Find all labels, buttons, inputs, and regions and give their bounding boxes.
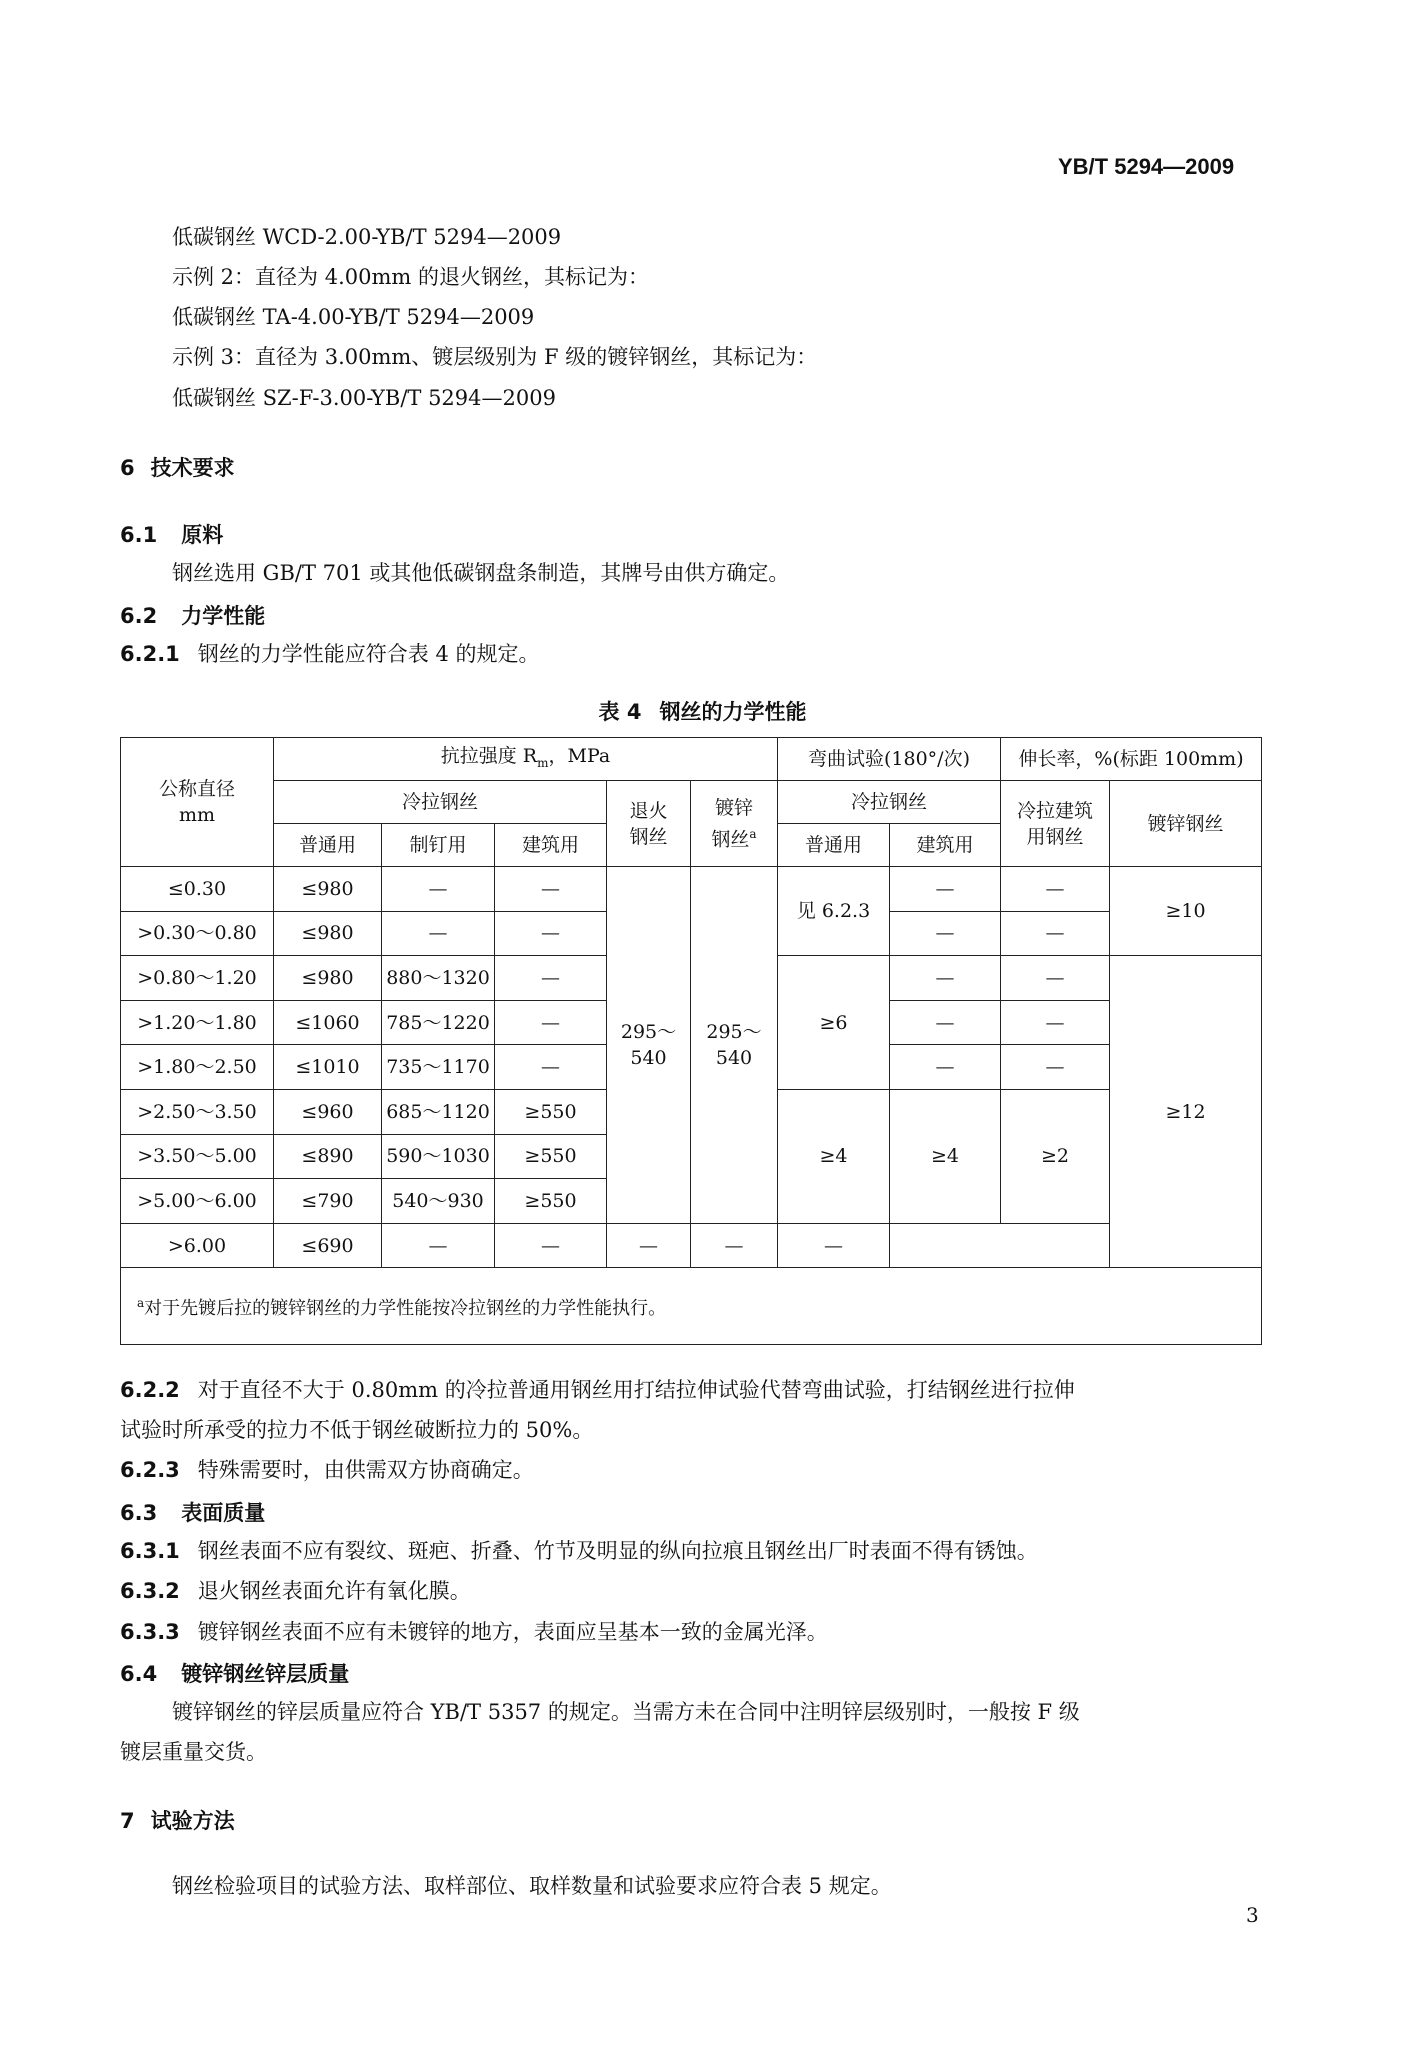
- header-construction: 建筑用: [495, 824, 607, 867]
- cell-bend-construction: —: [890, 1000, 1001, 1045]
- header-diameter: 公称直径mm: [121, 738, 274, 867]
- section-6-1-body: 钢丝选用 GB/T 701 或其他低碳钢盘条制造，其牌号由供方确定。: [172, 559, 789, 587]
- section-7-heading: 7试验方法: [120, 1805, 235, 1835]
- section-6-1-heading: 6.1原料: [120, 519, 223, 549]
- table-row: >6.00 ≤690 — — — — —: [121, 1223, 1262, 1268]
- cell-bend-construction: —: [890, 956, 1001, 1001]
- section-6-4-heading: 6.4镀锌钢丝锌层质量: [120, 1658, 349, 1688]
- clause-number: 6.3.1: [120, 1539, 180, 1563]
- clause-text: 钢丝的力学性能应符合表 4 的规定。: [198, 642, 540, 666]
- cell-general: ≤1060: [274, 1000, 382, 1045]
- cell-bend-construction: —: [691, 1223, 778, 1268]
- header-cold-drawn: 冷拉钢丝: [274, 781, 607, 824]
- cell-nail: 880～1320: [382, 956, 495, 1001]
- cell-elong-galv-merged: ≥12: [1110, 956, 1262, 1268]
- cell-construction: —: [495, 911, 607, 956]
- section-6-2-heading: 6.2力学性能: [120, 600, 265, 630]
- clause-6-2-3: 6.2.3特殊需要时，由供需双方协商确定。: [120, 1456, 534, 1484]
- cell-general: ≤960: [274, 1089, 382, 1134]
- cell-bend-construction-merged: ≥4: [890, 1089, 1001, 1223]
- table-row: ≤0.30 ≤980 — — 295～540 295～540 见 6.2.3 —…: [121, 867, 1262, 912]
- cell-general: ≤980: [274, 867, 382, 912]
- header-bend-cold-drawn: 冷拉钢丝: [778, 781, 1001, 824]
- header-annealed: 退火钢丝: [607, 781, 691, 867]
- cell-diameter: >6.00: [121, 1223, 274, 1268]
- section-title: 原料: [181, 523, 223, 547]
- marking-example-3: 低碳钢丝 SZ-F-3.00-YB/T 5294—2009: [172, 384, 556, 412]
- cell-elong-cold: —: [1001, 1000, 1110, 1045]
- cell-bend-general-see-6-2-3: 见 6.2.3: [778, 867, 890, 956]
- cell-general: ≤690: [274, 1223, 382, 1268]
- cell-elong-cold: —: [778, 1223, 890, 1268]
- cell-construction: —: [495, 956, 607, 1001]
- header-nail: 制钉用: [382, 824, 495, 867]
- example-2-caption: 示例 2：直径为 4.00mm 的退火钢丝，其标记为：: [172, 263, 649, 291]
- clause-text: 对于直径不大于 0.80mm 的冷拉普通用钢丝用打结拉伸试验代替弯曲试验，打结钢…: [198, 1378, 1075, 1402]
- clause-number: 6.2.2: [120, 1378, 180, 1402]
- header-tensile-strength: 抗拉强度 Rm，MPa: [274, 738, 778, 781]
- clause-6-3-3: 6.3.3镀锌钢丝表面不应有未镀锌的地方，表面应呈基本一致的金属光泽。: [120, 1618, 828, 1646]
- cell-construction: ≥550: [495, 1089, 607, 1134]
- cell-construction: —: [495, 1000, 607, 1045]
- header-bend-construction: 建筑用: [890, 824, 1001, 867]
- section-number: 6.2: [120, 604, 157, 628]
- clause-text: 退火钢丝表面允许有氧化膜。: [198, 1579, 471, 1603]
- cell-diameter: >5.00～6.00: [121, 1179, 274, 1224]
- table-4-caption: 表 4钢丝的力学性能: [0, 696, 1405, 726]
- clause-number: 6.2.3: [120, 1458, 180, 1482]
- section-6-3-heading: 6.3表面质量: [120, 1497, 265, 1527]
- cell-elong-cold: —: [1001, 1045, 1110, 1090]
- cell-diameter: ≤0.30: [121, 867, 274, 912]
- header-general: 普通用: [274, 824, 382, 867]
- cell-construction: ≥550: [495, 1134, 607, 1179]
- header-elong-cold-construction: 冷拉建筑用钢丝: [1001, 781, 1110, 867]
- cell-nail: —: [382, 1223, 495, 1268]
- section-number: 7: [120, 1809, 135, 1833]
- example-3-caption: 示例 3：直径为 3.00mm、镀层级别为 F 级的镀锌钢丝，其标记为：: [172, 343, 817, 371]
- cell-bend-general-merged: ≥4: [778, 1089, 890, 1223]
- cell-diameter: >2.50～3.50: [121, 1089, 274, 1134]
- cell-diameter: >1.80～2.50: [121, 1045, 274, 1090]
- clause-number: 6.2.1: [120, 642, 180, 666]
- cell-galvanized-merged: 295～540: [691, 867, 778, 1224]
- cell-diameter: >3.50～5.00: [121, 1134, 274, 1179]
- cell-elong-galv-merged: ≥10: [1110, 867, 1262, 956]
- cell-bend-construction: —: [890, 1045, 1001, 1090]
- cell-nail: —: [382, 867, 495, 912]
- section-6-4-body: 镀锌钢丝的锌层质量应符合 YB/T 5357 的规定。当需方未在合同中注明锌层级…: [172, 1698, 1080, 1726]
- clause-6-2-2: 6.2.2对于直径不大于 0.80mm 的冷拉普通用钢丝用打结拉伸试验代替弯曲试…: [120, 1376, 1075, 1404]
- clause-text: 镀锌钢丝表面不应有未镀锌的地方，表面应呈基本一致的金属光泽。: [198, 1620, 828, 1644]
- section-title: 镀锌钢丝锌层质量: [181, 1662, 349, 1686]
- cell-diameter: >0.80～1.20: [121, 956, 274, 1001]
- marking-example-1: 低碳钢丝 WCD-2.00-YB/T 5294—2009: [172, 223, 561, 251]
- cell-bend-general: —: [607, 1223, 691, 1268]
- cell-general: ≤980: [274, 911, 382, 956]
- cell-elong-cold-merged: ≥2: [1001, 1089, 1110, 1223]
- section-title: 试验方法: [151, 1809, 235, 1833]
- cell-construction: —: [495, 1223, 607, 1268]
- section-number: 6: [120, 456, 135, 480]
- clause-number: 6.3.2: [120, 1579, 180, 1603]
- header-bend-test: 弯曲试验(180°/次): [778, 738, 1001, 781]
- section-title: 技术要求: [151, 456, 235, 480]
- section-number: 6.1: [120, 523, 157, 547]
- header-elong-galvanized: 镀锌钢丝: [1110, 781, 1262, 867]
- cell-diameter: >0.30～0.80: [121, 911, 274, 956]
- cell-nail: 590～1030: [382, 1134, 495, 1179]
- section-title: 表面质量: [181, 1501, 265, 1525]
- cell-annealed-merged: 295～540: [607, 867, 691, 1224]
- cell-nail: 785～1220: [382, 1000, 495, 1045]
- clause-6-3-1: 6.3.1钢丝表面不应有裂纹、斑疤、折叠、竹节及明显的纵向拉痕且钢丝出厂时表面不…: [120, 1537, 1038, 1565]
- cell-elong-cold: —: [1001, 867, 1110, 912]
- section-number: 6.4: [120, 1662, 157, 1686]
- clause-number: 6.3.3: [120, 1620, 180, 1644]
- section-6-4-body-continued: 镀层重量交货。: [120, 1738, 267, 1766]
- section-number: 6.3: [120, 1501, 157, 1525]
- cell-construction: —: [495, 1045, 607, 1090]
- page-number: 3: [1246, 1903, 1259, 1927]
- mechanical-properties-table: 公称直径mm 抗拉强度 Rm，MPa 弯曲试验(180°/次) 伸长率，%(标距…: [120, 737, 1262, 1345]
- clause-6-3-2: 6.3.2退火钢丝表面允许有氧化膜。: [120, 1577, 471, 1605]
- cell-elong-cold: —: [1001, 956, 1110, 1001]
- cell-bend-construction: —: [890, 911, 1001, 956]
- header-elongation: 伸长率，%(标距 100mm): [1001, 738, 1262, 781]
- clause-6-2-1: 6.2.1钢丝的力学性能应符合表 4 的规定。: [120, 640, 540, 668]
- cell-nail: 685～1120: [382, 1089, 495, 1134]
- header-bend-general: 普通用: [778, 824, 890, 867]
- clause-text: 特殊需要时，由供需双方协商确定。: [198, 1458, 534, 1482]
- standard-code-header: YB/T 5294—2009: [1058, 154, 1234, 180]
- cell-elong-cold: —: [1001, 911, 1110, 956]
- section-6-heading: 6技术要求: [120, 452, 235, 482]
- cell-nail: 540～930: [382, 1179, 495, 1224]
- cell-bend-general-merged: ≥6: [778, 956, 890, 1090]
- cell-construction: —: [495, 867, 607, 912]
- cell-general: ≤1010: [274, 1045, 382, 1090]
- clause-text: 钢丝表面不应有裂纹、斑疤、折叠、竹节及明显的纵向拉痕且钢丝出厂时表面不得有锈蚀。: [198, 1539, 1038, 1563]
- cell-construction: ≥550: [495, 1179, 607, 1224]
- cell-general: ≤890: [274, 1134, 382, 1179]
- cell-general: ≤980: [274, 956, 382, 1001]
- cell-general: ≤790: [274, 1179, 382, 1224]
- table-footnote: a对于先镀后拉的镀锌钢丝的力学性能按冷拉钢丝的力学性能执行。: [121, 1268, 1262, 1345]
- cell-nail: —: [382, 911, 495, 956]
- cell-bend-construction: —: [890, 867, 1001, 912]
- section-title: 力学性能: [181, 604, 265, 628]
- cell-diameter: >1.20～1.80: [121, 1000, 274, 1045]
- header-galvanized: 镀锌钢丝a: [691, 781, 778, 867]
- marking-example-2: 低碳钢丝 TA-4.00-YB/T 5294—2009: [172, 303, 534, 331]
- cell-nail: 735～1170: [382, 1045, 495, 1090]
- table-label: 表 4: [599, 700, 642, 724]
- clause-6-2-2-continued: 试验时所承受的拉力不低于钢丝破断拉力的 50%。: [120, 1416, 593, 1444]
- section-7-body: 钢丝检验项目的试验方法、取样部位、取样数量和试验要求应符合表 5 规定。: [172, 1872, 892, 1900]
- table-title: 钢丝的力学性能: [659, 700, 806, 724]
